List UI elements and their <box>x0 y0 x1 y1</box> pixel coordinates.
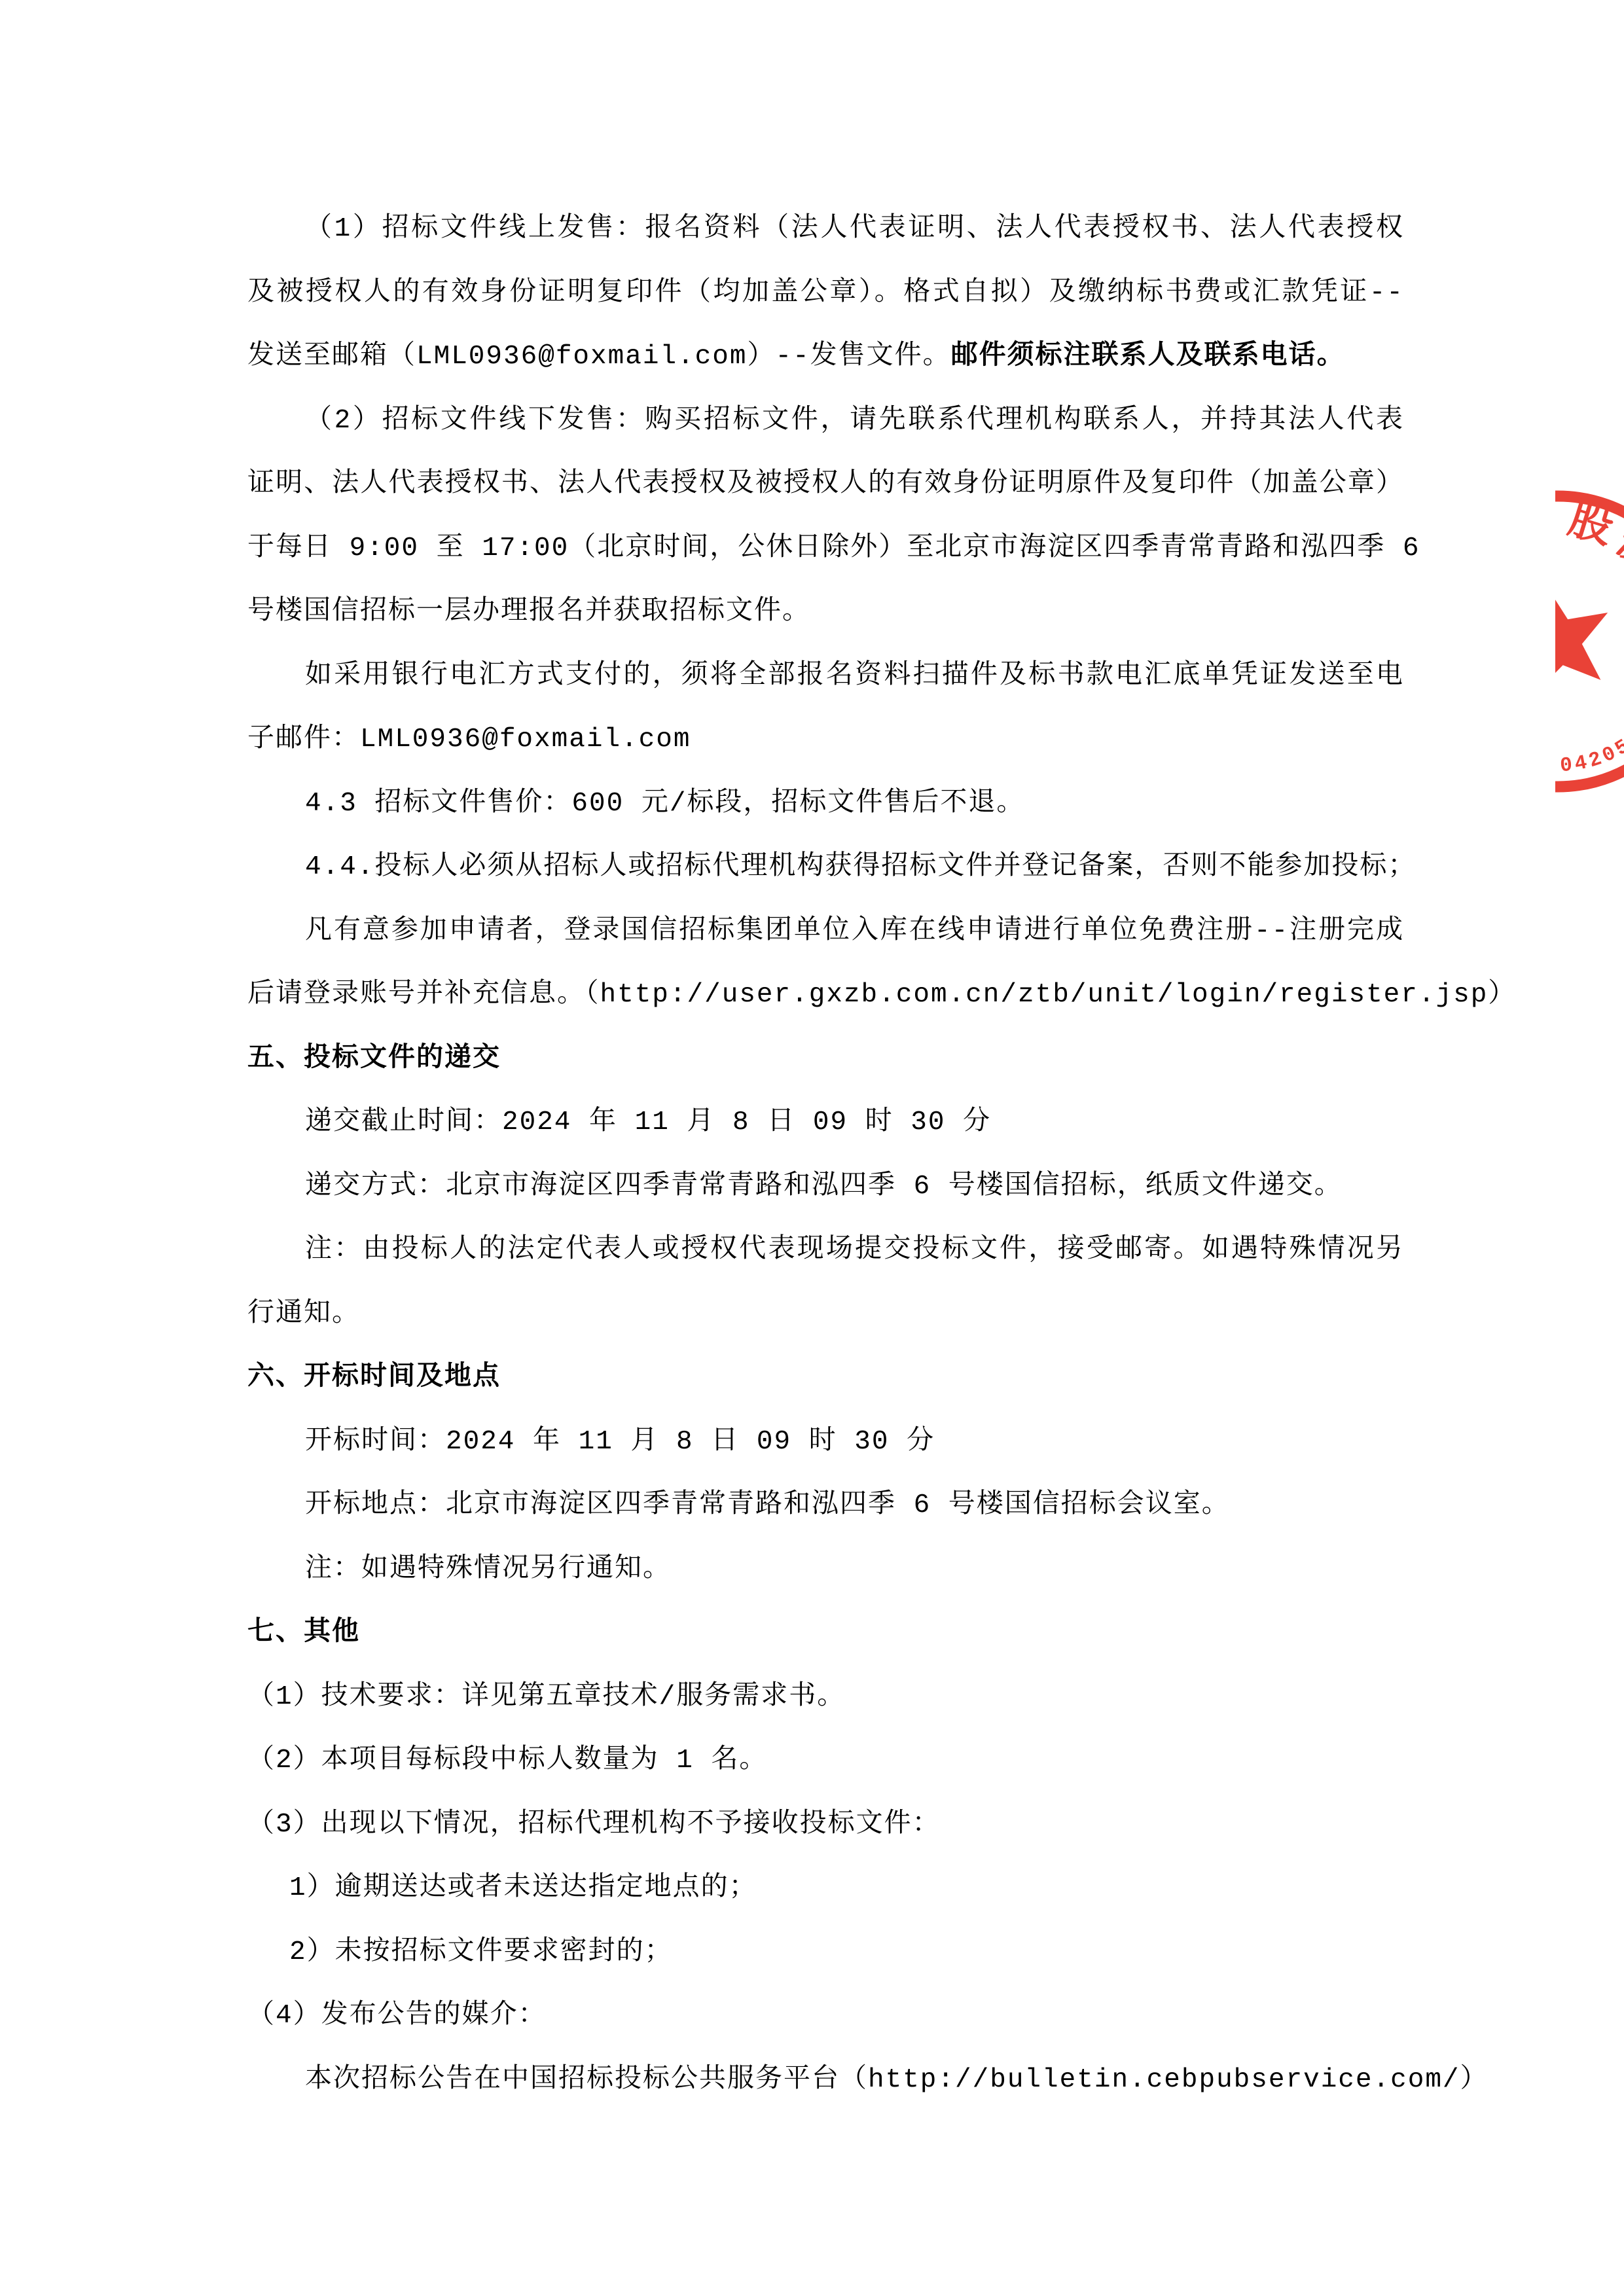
text-segment: （1）招标文件线上发售：报名资料（法人代表证明、法人代表授权书、法人代表授权 <box>305 214 1404 244</box>
text-line: （1）招标文件线上发售：报名资料（法人代表证明、法人代表授权书、法人代表授权 <box>247 197 1404 261</box>
text-segment: 2）未按招标文件要求密封的； <box>289 1937 673 1967</box>
text-segment: 子邮件：LML0936@foxmail.com <box>247 725 691 755</box>
text-line: 凡有意参加申请者，登录国信招标集团单位入库在线申请进行单位免费注册--注册完成 <box>247 899 1404 963</box>
text-segment: 递交方式：北京市海淀区四季青常青路和泓四季 6 号楼国信招标，纸质文件递交。 <box>305 1172 1343 1202</box>
text-line: 七、其他 <box>247 1601 1404 1665</box>
document-body: （1）招标文件线上发售：报名资料（法人代表证明、法人代表授权书、法人代表授权及被… <box>0 0 1624 2296</box>
text-line: （4）发布公告的媒介： <box>247 1984 1404 2048</box>
text-line: （1）技术要求：详见第五章技术/服务需求书。 <box>247 1665 1404 1729</box>
text-segment: 号楼国信招标一层办理报名并获取招标文件。 <box>247 597 810 627</box>
text-segment: 注：由投标人的法定代表人或授权代表现场提交投标文件，接受邮寄。如遇特殊情况另 <box>305 1235 1404 1265</box>
company-seal-stamp: 股份有 0420527 <box>1401 484 1624 798</box>
text-segment: （1）技术要求：详见第五章技术/服务需求书。 <box>247 1682 845 1712</box>
text-segment: 及被授权人的有效身份证明复印件（均加盖公章）。格式自拟）及缴纳标书费或汇款凭证-… <box>247 278 1404 308</box>
text-line: 子邮件：LML0936@foxmail.com <box>247 708 1404 772</box>
text-line: 递交截止时间：2024 年 11 月 8 日 09 时 30 分 <box>247 1090 1404 1155</box>
text-segment: 开标时间：2024 年 11 月 8 日 09 时 30 分 <box>305 1427 935 1457</box>
text-line: 及被授权人的有效身份证明复印件（均加盖公章）。格式自拟）及缴纳标书费或汇款凭证-… <box>247 261 1404 325</box>
text-line: 递交方式：北京市海淀区四季青常青路和泓四季 6 号楼国信招标，纸质文件递交。 <box>247 1155 1404 1219</box>
bold-text-segment: 五、投标文件的递交 <box>247 1044 501 1074</box>
seal-ring-text: 股份有 <box>1562 496 1624 629</box>
text-segment: 1）逾期送达或者未送达指定地点的； <box>289 1873 757 1903</box>
text-line: （2）招标文件线下发售：购买招标文件，请先联系代理机构联系人，并持其法人代表 <box>247 389 1404 453</box>
document-page: （1）招标文件线上发售：报名资料（法人代表证明、法人代表授权书、法人代表授权及被… <box>0 0 1624 2296</box>
text-line: 开标时间：2024 年 11 月 8 日 09 时 30 分 <box>247 1410 1404 1474</box>
text-line: （2）本项目每标段中标人数量为 1 名。 <box>247 1729 1404 1793</box>
text-line: 六、开标时间及地点 <box>247 1346 1404 1410</box>
text-segment: 证明、法人代表授权书、法人代表授权及被授权人的有效身份证明原件及复印件（加盖公章… <box>247 469 1404 499</box>
text-segment: 开标地点：北京市海淀区四季青常青路和泓四季 6 号楼国信招标会议室。 <box>305 1490 1230 1520</box>
text-line: 后请登录账号并补充信息。（http://user.gxzb.com.cn/ztb… <box>247 963 1404 1027</box>
text-line: 本次招标公告在中国招标投标公共服务平台（http://bulletin.cebp… <box>247 2048 1404 2112</box>
seal-serial-number: 0420527 <box>1559 715 1624 778</box>
text-line: 五、投标文件的递交 <box>247 1027 1404 1091</box>
bold-text-segment: 七、其他 <box>247 1618 360 1648</box>
text-line: 注：由投标人的法定代表人或授权代表现场提交投标文件，接受邮寄。如遇特殊情况另 <box>247 1218 1404 1282</box>
text-line: 注：如遇特殊情况另行通知。 <box>247 1537 1404 1602</box>
text-line: 4.3 招标文件售价：600 元/标段，招标文件售后不退。 <box>247 772 1404 836</box>
text-line: 2）未按招标文件要求密封的； <box>247 1920 1404 1984</box>
text-segment: 注：如遇特殊情况另行通知。 <box>305 1554 671 1585</box>
text-segment: 行通知。 <box>247 1299 360 1329</box>
text-line: 开标地点：北京市海淀区四季青常青路和泓四季 6 号楼国信招标会议室。 <box>247 1473 1404 1537</box>
text-segment: （2）招标文件线下发售：购买招标文件，请先联系代理机构联系人，并持其法人代表 <box>305 406 1404 436</box>
star-icon <box>1501 585 1608 694</box>
text-segment: 发送至邮箱（LML0936@foxmail.com）--发售文件。 <box>247 342 951 372</box>
text-segment: 本次招标公告在中国招标投标公共服务平台（http://bulletin.cebp… <box>305 2065 1489 2095</box>
text-segment: （4）发布公告的媒介： <box>247 2001 547 2031</box>
bold-text-segment: 邮件须标注联系人及联系电话。 <box>951 342 1345 372</box>
text-segment: 递交截止时间：2024 年 11 月 8 日 09 时 30 分 <box>305 1107 991 1138</box>
text-line: 发送至邮箱（LML0936@foxmail.com）--发售文件。邮件须标注联系… <box>247 325 1404 389</box>
text-line: 号楼国信招标一层办理报名并获取招标文件。 <box>247 580 1404 644</box>
text-segment: 于每日 9:00 至 17:00（北京时间，公休日除外）至北京市海淀区四季青常青… <box>247 533 1420 564</box>
text-segment: 如采用银行电汇方式支付的，须将全部报名资料扫描件及标书款电汇底单凭证发送至电 <box>305 661 1404 691</box>
text-segment: 4.4.投标人必须从招标人或招标代理机构获得招标文件并登记备案，否则不能参加投标… <box>305 852 1416 882</box>
text-segment: （3）出现以下情况，招标代理机构不予接收投标文件： <box>247 1810 941 1840</box>
text-segment: （2）本项目每标段中标人数量为 1 名。 <box>247 1746 767 1776</box>
text-line: 如采用银行电汇方式支付的，须将全部报名资料扫描件及标书款电汇底单凭证发送至电 <box>247 644 1404 708</box>
text-line: 4.4.投标人必须从招标人或招标代理机构获得招标文件并登记备案，否则不能参加投标… <box>247 835 1404 899</box>
text-line: 于每日 9:00 至 17:00（北京时间，公休日除外）至北京市海淀区四季青常青… <box>247 516 1404 581</box>
text-line: （3）出现以下情况，招标代理机构不予接收投标文件： <box>247 1793 1404 1857</box>
text-line: 行通知。 <box>247 1282 1404 1346</box>
bold-text-segment: 六、开标时间及地点 <box>247 1363 501 1393</box>
text-segment: 凡有意参加申请者，登录国信招标集团单位入库在线申请进行单位免费注册--注册完成 <box>305 916 1404 946</box>
text-line: 证明、法人代表授权书、法人代表授权及被授权人的有效身份证明原件及复印件（加盖公章… <box>247 452 1404 516</box>
text-line: 1）逾期送达或者未送达指定地点的； <box>247 1856 1404 1920</box>
text-segment: 4.3 招标文件售价：600 元/标段，招标文件售后不退。 <box>305 789 1024 819</box>
text-segment: 后请登录账号并补充信息。（http://user.gxzb.com.cn/ztb… <box>247 980 1516 1010</box>
